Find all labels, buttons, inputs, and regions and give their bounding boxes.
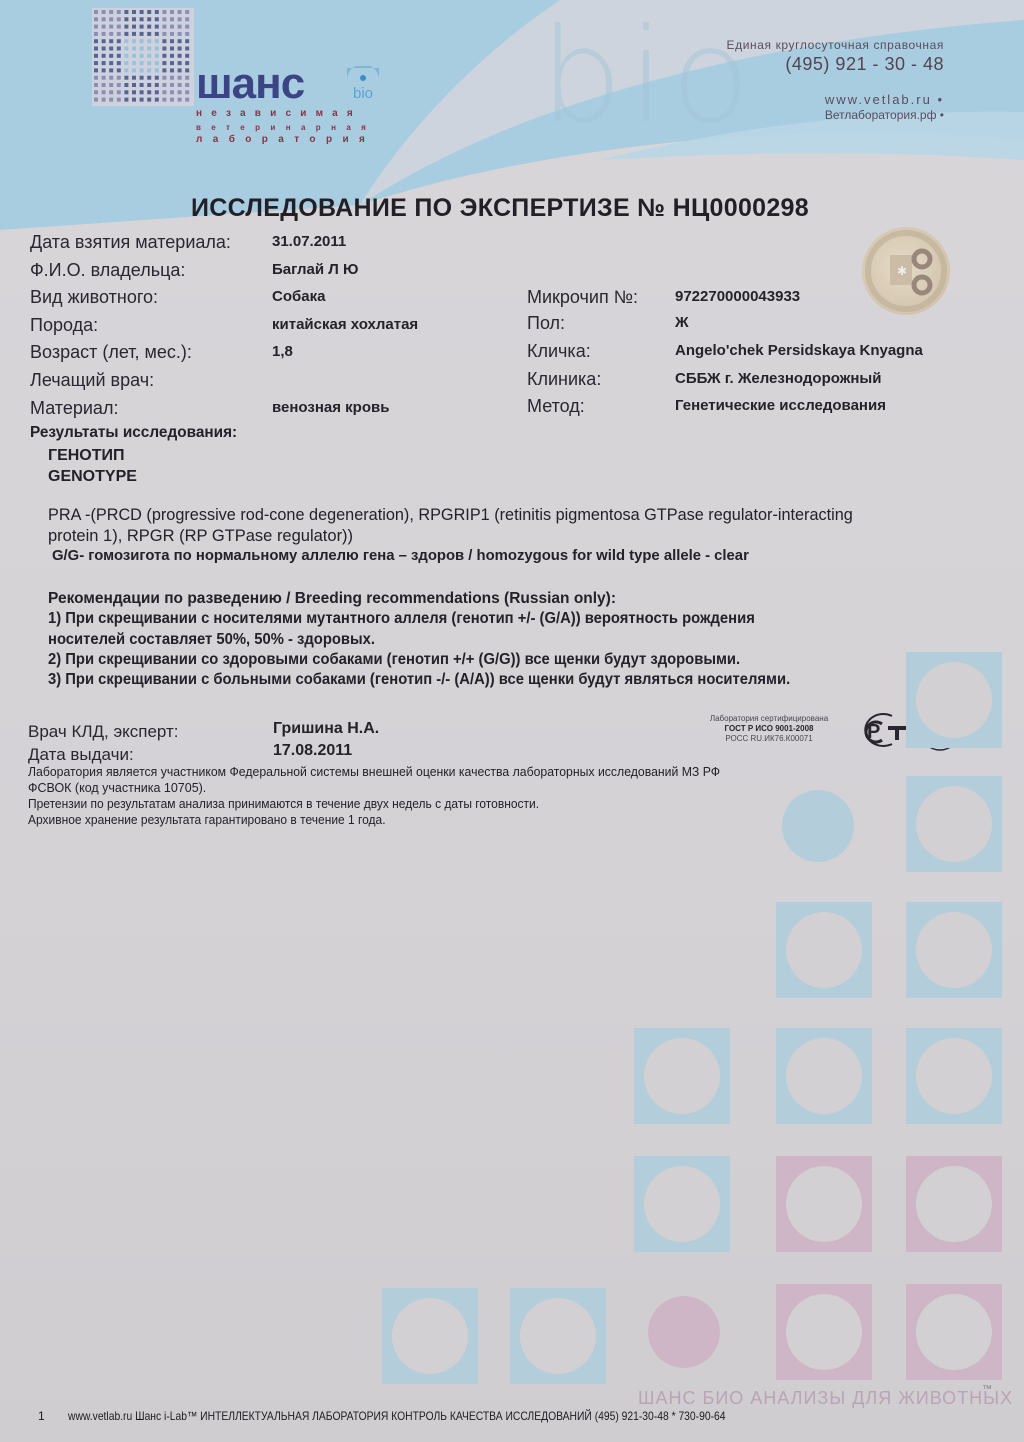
field-label: Ф.И.О. владельца: [30, 260, 185, 281]
hologram-seal-icon: ✱ [862, 227, 950, 315]
field-label: Дата взятия материала: [30, 232, 231, 253]
expert-label: Врач КЛД, эксперт: [28, 722, 179, 742]
test-description-line-1: PRA -(PRCD (progressive rod-cone degener… [48, 506, 853, 525]
field-label: Кличка: [527, 341, 591, 362]
recommendation-1-line-1: 1) При скрещивании с носителями мутантно… [48, 610, 755, 628]
website-rf-link[interactable]: Ветлаборатория.рф • [825, 108, 944, 122]
note-2: ФСВОК (код участника 10705). [28, 781, 206, 795]
footer-text: www.vetlab.ru Шанс i-Lab™ ИНТЕЛЛЕКТУАЛЬН… [68, 1409, 725, 1423]
svg-text:bio: bio [353, 85, 373, 102]
field-label: Пол: [527, 313, 565, 334]
pattern-tile [634, 1156, 730, 1252]
genotype-result: G/G- гомозигота по нормальному аллелю ге… [52, 547, 749, 564]
bio-logo-icon: bio [345, 66, 381, 102]
test-description-line-2: protein 1), RPGR (RP GTPase regulator)) [48, 527, 353, 546]
field-label: Метод: [527, 396, 585, 417]
field-label: Лечащий врач: [30, 370, 154, 391]
trademark-mark: ™ [982, 1384, 992, 1395]
field-value: СББЖ г. Железнодорожный [675, 370, 881, 387]
results-heading: Результаты исследования: [30, 424, 237, 442]
field-label: Порода: [30, 315, 98, 336]
website-link[interactable]: www.vetlab.ru • [825, 92, 944, 107]
field-value: китайская хохлатая [272, 316, 418, 333]
field-value: Angelo'chek Persidskaya Knyagna [675, 342, 923, 359]
issue-date-value: 17.08.2011 [273, 742, 352, 760]
field-value: Баглай Л Ю [272, 261, 358, 278]
pattern-dot [782, 790, 854, 862]
field-value: 972270000043933 [675, 288, 800, 305]
field-value: 1,8 [272, 343, 293, 360]
note-4: Архивное хранение результата гарантирова… [28, 813, 386, 827]
field-value: 31.07.2011 [272, 233, 346, 250]
field-value: венозная кровь [272, 399, 389, 416]
pattern-tile [776, 902, 872, 998]
cert-line-3: РОСС RU.ИК76.К00071 [686, 734, 852, 744]
tagline-line-1: независимая [196, 108, 362, 120]
field-label: Вид животного: [30, 287, 158, 308]
recommendation-2: 2) При скрещивании со здоровыми собаками… [48, 651, 740, 669]
pattern-tile [382, 1288, 478, 1384]
tagline-line-2: ветеринарная [196, 122, 376, 134]
bio-watermark: bio [540, 0, 756, 152]
pattern-dot [648, 1296, 720, 1368]
field-label: Материал: [30, 398, 118, 419]
pattern-tile [906, 652, 1002, 748]
pattern-tile [906, 1284, 1002, 1380]
recommendation-3: 3) При скрещивании с больными собаками (… [48, 671, 790, 689]
field-value: Генетические исследования [675, 397, 886, 414]
hotline-phone: (495) 921 - 30 - 48 [785, 54, 944, 75]
logo-mark-icon [92, 8, 194, 106]
page-number: 1 [38, 1409, 45, 1423]
expert-value: Гришина Н.А. [273, 720, 379, 738]
field-value: Ж [675, 314, 689, 331]
brand-name: шанс [196, 62, 304, 106]
pattern-tile [634, 1028, 730, 1124]
recommendation-1-line-2: носителей составляет 50%, 50% - здоровых… [48, 631, 375, 649]
note-1: Лаборатория является участником Федераль… [28, 765, 720, 779]
pattern-tile [776, 1028, 872, 1124]
tagline-line-3: лаборатория [196, 134, 375, 146]
pattern-tile [906, 1028, 1002, 1124]
document-title: ИССЛЕДОВАНИЕ ПО ЭКСПЕРТИЗЕ № НЦ0000298 [0, 194, 1000, 223]
field-value: Собака [272, 288, 325, 305]
recommendations-heading: Рекомендации по разведению / Breeding re… [48, 590, 616, 608]
svg-text:✱: ✱ [897, 264, 907, 278]
footer-watermark: ШАНС БИО АНАЛИЗЫ ДЛЯ ЖИВОТНЫХ [638, 1388, 1013, 1409]
document-page: bio шанс bio независимая ветеринарная ла… [0, 0, 1024, 1442]
certification-block: Лаборатория сертифицирована ГОСТ Р ИСО 9… [686, 714, 852, 744]
field-label: Возраст (лет, мес.): [30, 342, 192, 363]
genotype-en: GENOTYPE [48, 468, 137, 486]
field-label: Микрочип №: [527, 287, 638, 308]
pattern-tile [906, 902, 1002, 998]
issue-date-label: Дата выдачи: [28, 745, 134, 765]
pattern-tile [906, 1156, 1002, 1252]
cert-line-2: ГОСТ Р ИСО 9001-2008 [686, 724, 852, 734]
pattern-tile [776, 1284, 872, 1380]
pattern-tile [776, 1156, 872, 1252]
note-3: Претензии по результатам анализа принима… [28, 797, 539, 811]
field-label: Клиника: [527, 369, 601, 390]
pattern-tile [510, 1288, 606, 1384]
pattern-tile [906, 776, 1002, 872]
genotype-ru: ГЕНОТИП [48, 447, 125, 465]
cert-line-1: Лаборатория сертифицирована [686, 714, 852, 724]
hotline-label: Единая круглосуточная справочная [727, 38, 944, 52]
